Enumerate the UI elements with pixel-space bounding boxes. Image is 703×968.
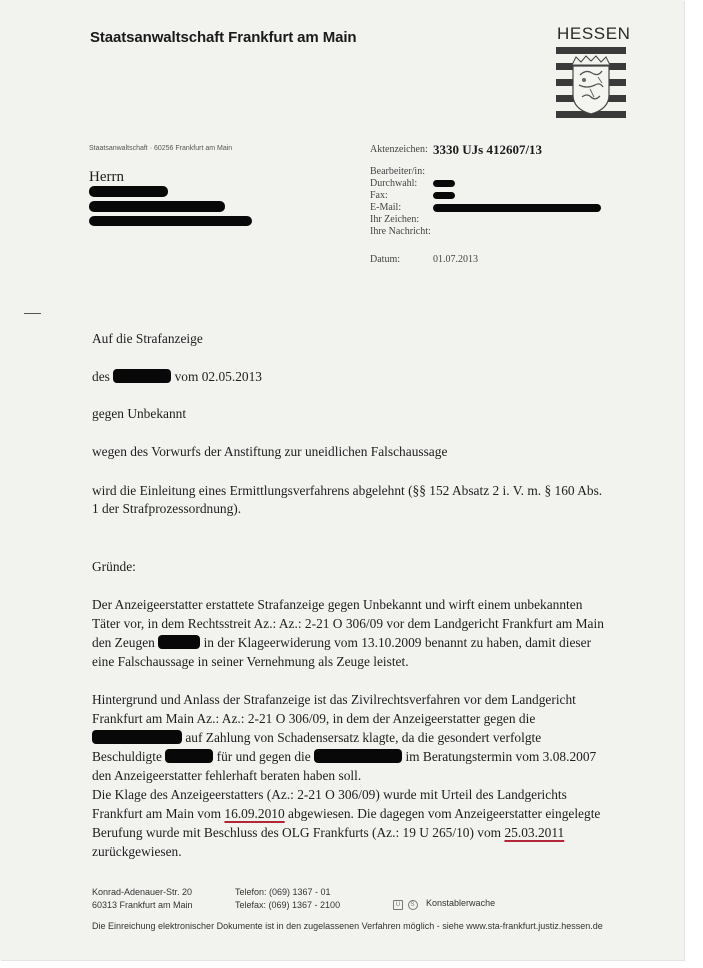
decision-line-2: 1 der Strafprozessordnung). <box>92 499 632 518</box>
footer-address-2: 60313 Frankfurt am Main <box>92 900 193 910</box>
hessen-wordmark: HESSEN <box>557 24 631 44</box>
s-bahn-icon: S <box>408 900 418 910</box>
hessen-coat-of-arms-icon <box>556 47 626 119</box>
fax-row: Fax: <box>370 190 434 201</box>
recipient-name-redaction <box>89 186 168 197</box>
recipient-salutation: Herrn <box>89 169 124 186</box>
shield-icon <box>570 53 612 115</box>
witness-redaction <box>158 635 200 649</box>
footer-electronic-notice: Die Einreichung elektronischer Dokumente… <box>92 921 603 931</box>
para1-line-4: eine Falschaussage in seiner Vernehmung … <box>92 652 632 671</box>
para2-line-4-prefix: Beschuldigte <box>92 749 162 764</box>
reasons-heading: Gründe: <box>92 557 632 576</box>
intro-line-1: Auf die Strafanzeige <box>92 329 632 348</box>
fax-redaction <box>433 192 455 199</box>
bearbeiter-label: Bearbeiter/in: <box>370 166 434 177</box>
email-label: E-Mail: <box>370 202 434 213</box>
email-redaction <box>433 204 601 212</box>
client-redaction <box>314 749 402 763</box>
para2-line-8-prefix: Berufung wurde mit Beschluss des OLG Fra… <box>92 825 501 840</box>
datum-row: Datum: 01.07.2013 <box>370 254 434 265</box>
fold-mark <box>24 313 41 314</box>
intro-line-2-prefix: des <box>92 369 110 384</box>
para2-line-6: Die Klage des Anzeigeerstatters (Az.: 2-… <box>92 785 632 804</box>
durchwahl-redaction <box>433 180 455 187</box>
ihre-nachricht-row: Ihre Nachricht: <box>370 226 434 237</box>
durchwahl-label: Durchwahl: <box>370 178 434 189</box>
complainant-redaction <box>113 369 171 383</box>
para2-line-7-suffix: abgewiesen. Die dagegen vom Anzeigeersta… <box>288 806 600 821</box>
judgment-date-highlight: 16.09.2010 <box>224 806 284 821</box>
para2-line-2: Frankfurt am Main Az.: Az.: 2-21 O 306/0… <box>92 709 632 728</box>
footer-address-1: Konrad-Adenauer-Str. 20 <box>92 887 192 897</box>
para2-line-5: den Anzeigeerstatter fehlerhaft beraten … <box>92 766 632 785</box>
para2-line-8: Berufung wurde mit Beschluss des OLG Fra… <box>92 823 632 842</box>
fax-label: Fax: <box>370 190 434 201</box>
datum-value: 01.07.2013 <box>433 254 478 265</box>
para2-line-7: Frankfurt am Main vom 16.09.2010 abgewie… <box>92 804 632 823</box>
para2-line-3-suffix: auf Zahlung von Schadensersatz klagte, d… <box>185 730 541 745</box>
ihr-zeichen-row: Ihr Zeichen: <box>370 214 434 225</box>
para2-line-7-prefix: Frankfurt am Main vom <box>92 806 221 821</box>
para1-line-3: den Zeugen in der Klageerwiderung vom 13… <box>92 633 632 652</box>
para2-line-4-middle: für und gegen die <box>217 749 311 764</box>
para2-line-9: zurückgewiesen. <box>92 842 632 861</box>
aktenzeichen-row: Aktenzeichen: 3330 UJs 412607/13 <box>370 144 434 155</box>
intro-line-4: wegen des Vorwurfs der Anstiftung zur un… <box>92 442 632 461</box>
para2-line-1: Hintergrund und Anlass der Strafanzeige … <box>92 690 632 709</box>
para1-line-3-prefix: den Zeugen <box>92 635 155 650</box>
aktenzeichen-value: 3330 UJs 412607/13 <box>433 142 542 158</box>
durchwahl-row: Durchwahl: <box>370 178 434 189</box>
sender-return-address: Staatsanwaltschaft · 60256 Frankfurt am … <box>89 145 232 152</box>
recipient-street-redaction <box>89 201 225 212</box>
intro-line-2-date: vom 02.05.2013 <box>175 369 262 384</box>
recipient-city-redaction <box>89 216 252 226</box>
datum-label: Datum: <box>370 254 434 265</box>
para1-line-1: Der Anzeigeerstatter erstattete Strafanz… <box>92 595 632 614</box>
footer-transit: U S Konstablerwache <box>393 898 495 910</box>
para2-line-3: auf Zahlung von Schadensersatz klagte, d… <box>92 728 632 747</box>
ihr-zeichen-label: Ihr Zeichen: <box>370 214 434 225</box>
transit-stop-name: Konstablerwache <box>426 898 495 908</box>
email-row: E-Mail: <box>370 202 434 213</box>
para1-line-2: Täter vor, in dem Rechtsstreit Az.: Az.:… <box>92 614 632 633</box>
appeal-date-highlight: 25.03.2011 <box>504 825 564 840</box>
ihre-nachricht-label: Ihre Nachricht: <box>370 226 434 237</box>
intro-line-2: des vom 02.05.2013 <box>92 367 632 386</box>
accused-redaction <box>165 749 213 763</box>
intro-line-3: gegen Unbekannt <box>92 404 632 423</box>
para2-line-4-suffix: im Beratungstermin vom 3.08.2007 <box>405 749 596 764</box>
decision-line-1: wird die Einleitung eines Ermittlungsver… <box>92 481 632 500</box>
organization-title: Staatsanwaltschaft Frankfurt am Main <box>90 29 356 46</box>
para1-line-3-suffix: in der Klageerwiderung vom 13.10.2009 be… <box>204 635 591 650</box>
u-bahn-icon: U <box>393 900 403 910</box>
aktenzeichen-label: Aktenzeichen: <box>370 144 434 155</box>
footer-telefax: Telefax: (069) 1367 - 2100 <box>235 900 340 910</box>
defendant-party-redaction <box>92 730 182 744</box>
bearbeiter-row: Bearbeiter/in: <box>370 166 434 177</box>
footer-telefon: Telefon: (069) 1367 - 01 <box>235 887 331 897</box>
letter-page: Staatsanwaltschaft Frankfurt am Main HES… <box>0 0 684 960</box>
para2-line-4: Beschuldigte für und gegen die im Beratu… <box>92 747 632 766</box>
